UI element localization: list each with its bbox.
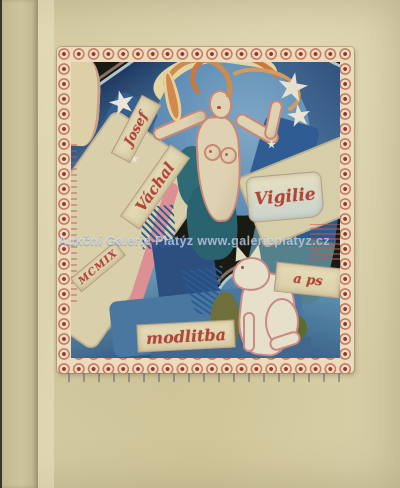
detail-dot [209, 150, 212, 153]
banner-text: a ps [293, 271, 324, 289]
illustration-frame: Josef Váchal Vigilie MCMIX modlitba a ps [57, 47, 354, 373]
cover-highlight-strip [38, 0, 54, 488]
book-spine [2, 0, 37, 488]
dog-figure-leg [243, 312, 255, 352]
female-figure-breast [204, 144, 221, 161]
banner-vigilie: Vigilie [245, 171, 325, 223]
dog-eye [241, 266, 244, 269]
border-darts [62, 373, 350, 382]
book-cover-photo: Josef Váchal Vigilie MCMIX modlitba a ps… [0, 0, 400, 488]
detail-dot [225, 153, 228, 156]
gallery-watermark: Aukční Galerie Platýz www.galerieplatyz.… [58, 234, 358, 248]
banner-text: Vigilie [254, 184, 317, 209]
banner-text: modlitba [146, 324, 227, 347]
female-figure-breast [220, 147, 237, 164]
watercolor-illustration: Josef Váchal Vigilie MCMIX modlitba a ps [71, 62, 340, 358]
banner-modlitba: modlitba [136, 319, 235, 352]
